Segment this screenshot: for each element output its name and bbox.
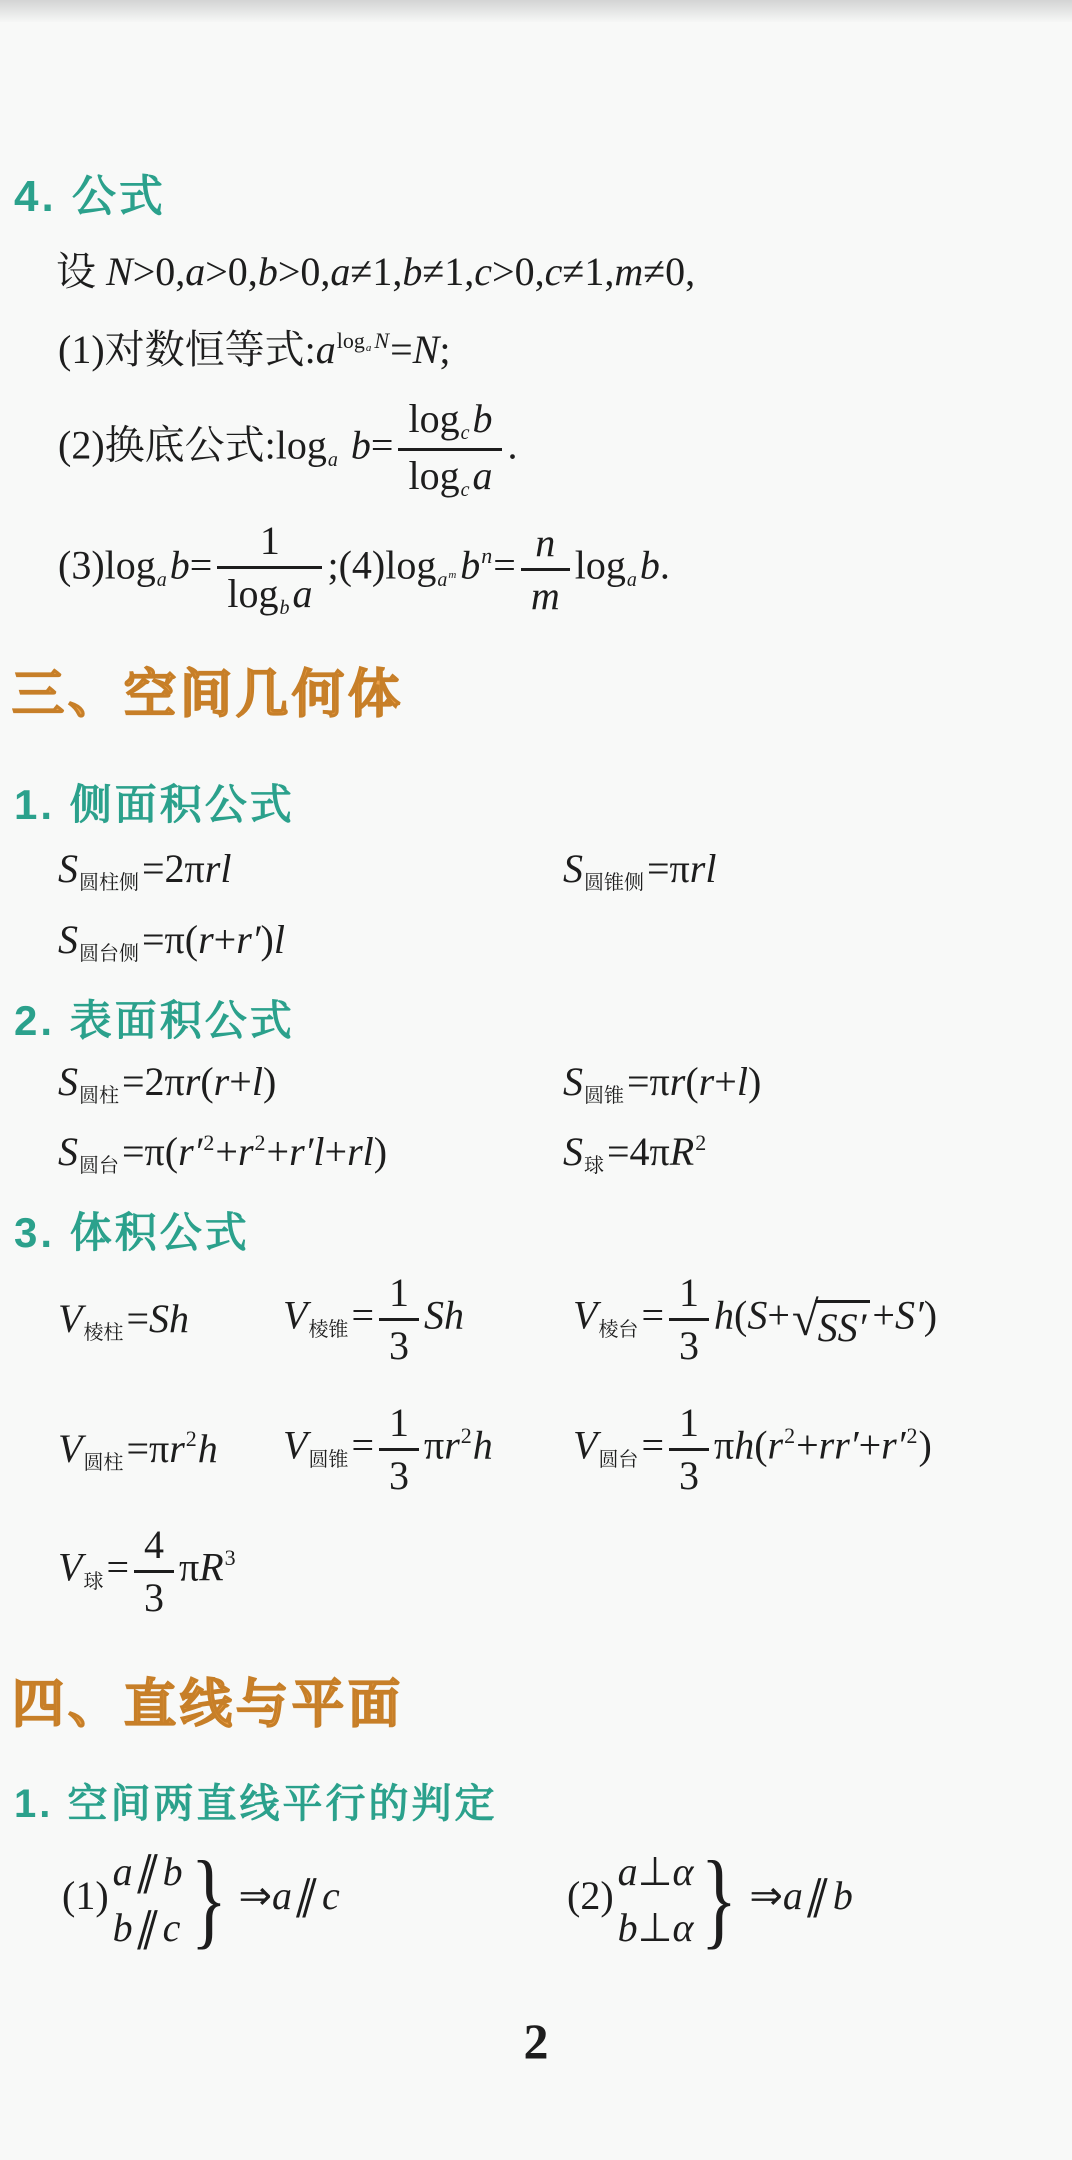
formula-parallel-transitivity: (1)a∥bb∥c}⇒a∥c [62,1852,567,1948]
heading-lateral-area: 1. 侧面积公式 [14,772,295,832]
parallel-judgment-row: (1)a∥bb∥c}⇒a∥c (2)a⊥αb⊥α}⇒a∥b [62,1852,853,1948]
formula-cone-lateral-area: S圆锥侧=πrl [563,845,716,895]
top-edge-shading [0,0,1072,22]
heading-lines-and-planes: 四、直线与平面 [12,1662,404,1737]
heading-surface-area: 2. 表面积公式 [14,988,295,1048]
formula-sheet-page: 4. 公式 设 N>0,a>0,b>0,a≠1,b≠1,c>0,c≠1,m≠0,… [0,0,1072,2160]
formula-pyramid-volume: V棱锥=13Sh [283,1272,573,1367]
surface-area-row-2: S圆台=π(r′2+r2+r′l+rl) S球=4πR2 [58,1128,707,1178]
page-number: 2 [0,2012,1072,2070]
volume-row-2: V圆柱=πr2h V圆锥=13πr2h V圆台=13πh(r2+rr′+r′2) [58,1402,932,1497]
heading-formulas: 4. 公式 [14,160,166,224]
formula-log-rules-3-4: (3)logab=1logba;(4)logambn=nmlogab. [58,520,670,619]
formula-cylinder-volume: V圆柱=πr2h [58,1425,283,1475]
formula-given-conditions: 设 N>0,a>0,b>0,a≠1,b≠1,c>0,c≠1,m≠0, [56,240,695,297]
formula-prism-volume: V棱柱=Sh [58,1295,283,1345]
formula-frustum-lateral-area: S圆台侧=π(r+r′)l [58,916,285,966]
formula-cone-surface-area: S圆锥=πr(r+l) [563,1058,761,1108]
formula-perpendicular-to-plane: (2)a⊥αb⊥α}⇒a∥b [567,1852,853,1948]
formula-frustum-volume: V圆台=13πh(r2+rr′+r′2) [573,1402,932,1497]
lateral-area-row-1: S圆柱侧=2πrl S圆锥侧=πrl [58,845,716,895]
formula-cone-volume: V圆锥=13πr2h [283,1402,573,1497]
heading-parallel-lines-judgment: 1. 空间两直线平行的判定 [14,1772,497,1829]
formula-frustum-surface-area: S圆台=π(r′2+r2+r′l+rl) [58,1128,563,1178]
formula-pyramid-frustum-volume: V棱台=13h(S+√SS′+S′) [573,1272,937,1367]
formula-sphere-surface-area: S球=4πR2 [563,1128,707,1178]
volume-row-3: V球=43πR3 [58,1524,237,1619]
formula-change-of-base: (2)换底公式:loga b=logcblogca. [58,398,517,501]
formula-log-identity: (1)对数恒等式:alogaN=N; [58,318,450,375]
formula-cylinder-surface-area: S圆柱=2πr(r+l) [58,1058,563,1108]
surface-area-row-1: S圆柱=2πr(r+l) S圆锥=πr(r+l) [58,1058,761,1108]
heading-volume: 3. 体积公式 [14,1200,250,1260]
volume-row-1: V棱柱=Sh V棱锥=13Sh V棱台=13h(S+√SS′+S′) [58,1272,937,1367]
formula-cylinder-lateral-area: S圆柱侧=2πrl [58,845,563,895]
heading-solid-geometry: 三、空间几何体 [12,652,404,727]
formula-sphere-volume: V球=43πR3 [58,1524,237,1619]
